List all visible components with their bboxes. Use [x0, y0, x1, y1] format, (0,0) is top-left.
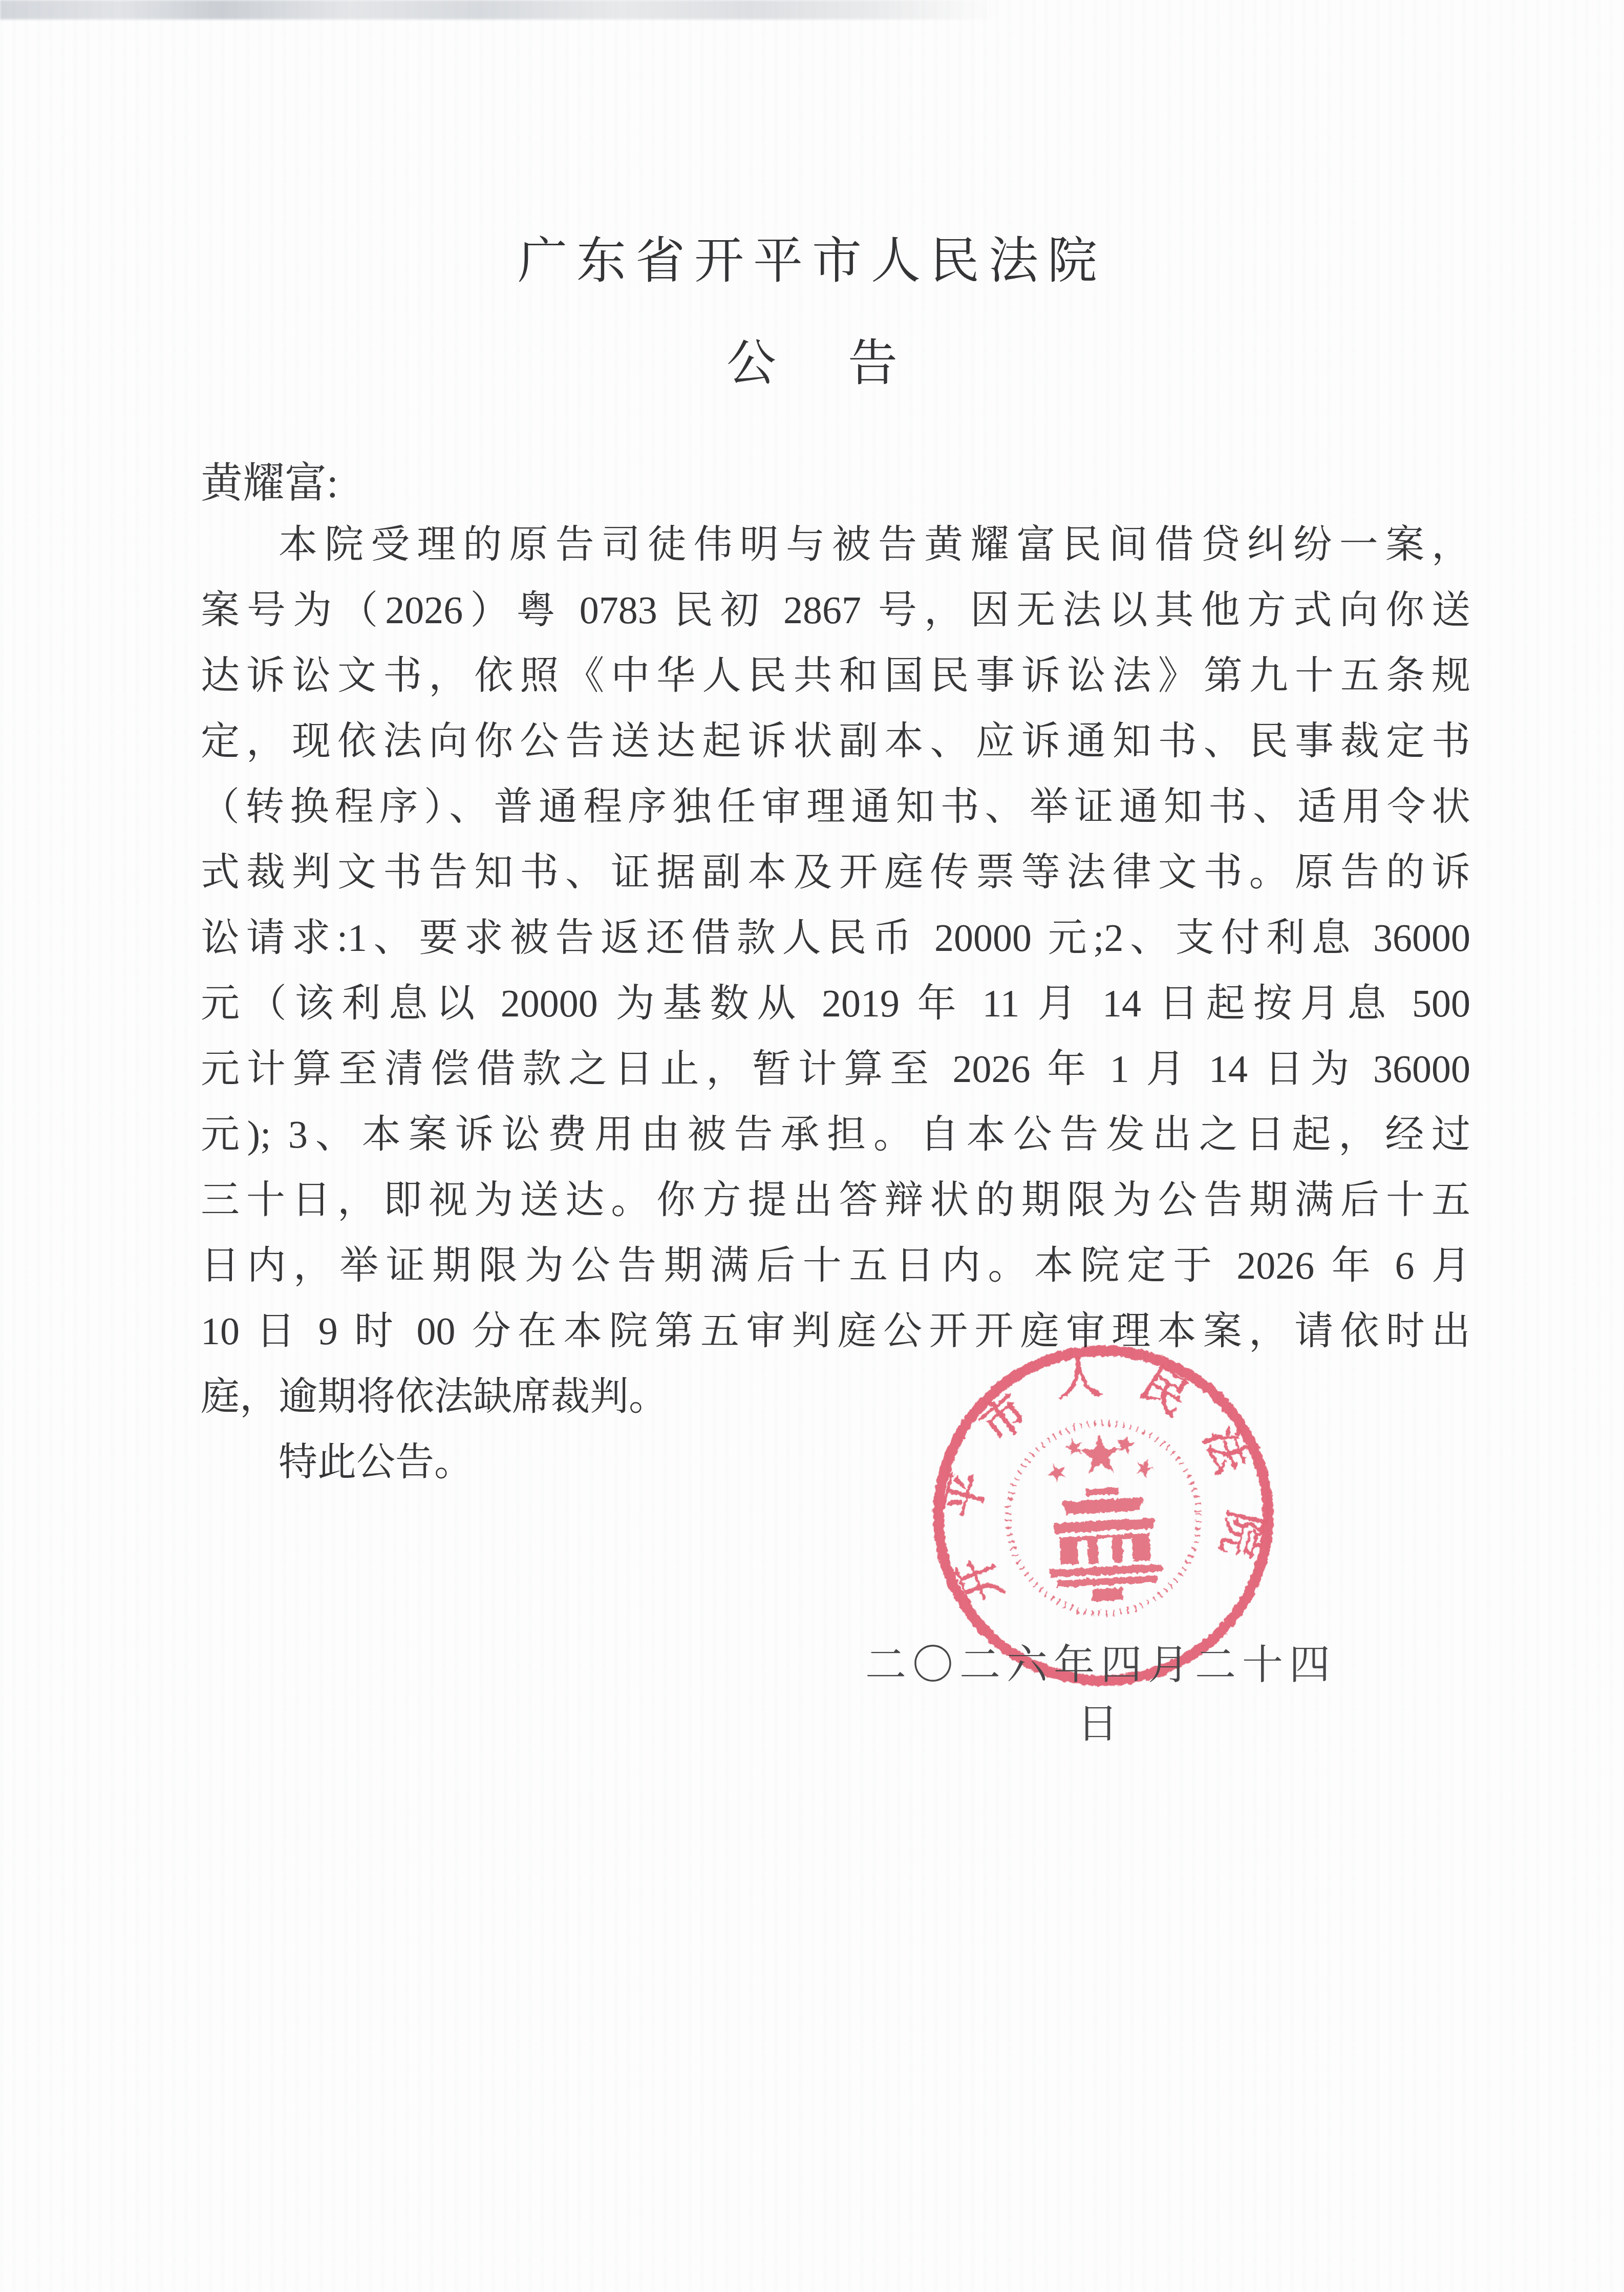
court-announcement-page: 广东省开平市人民法院 公 告 黄耀富: 本院受理的原告司徒伟明与被告黄耀富民间借… [0, 0, 1624, 2292]
small-star-icon [1133, 1456, 1157, 1479]
announcement-title: 公 告 [0, 323, 1624, 394]
small-star-icon [1115, 1434, 1136, 1454]
body-line: 达诉讼文书，依照《中华人民共和国民事诉讼法》第九十五条规 [201, 643, 1470, 709]
body-line: 定，现依法向你公告送达起诉状副本、应诉通知书、民事裁定书 [201, 709, 1470, 774]
scanner-artifact-band [0, 0, 998, 19]
tiananmen-gate-icon [1045, 1485, 1164, 1603]
body-line: 三十日，即视为送达。你方提出答辩状的期限为公告期满后十五 [201, 1168, 1470, 1233]
big-star-icon [1079, 1433, 1122, 1474]
small-star-icon [1045, 1460, 1070, 1484]
body-line: 日内，举证期限为公告期满后十五日内。本院定于 2026 年 6 月 [201, 1233, 1470, 1299]
body-line: 式裁判文书告知书、证据副本及开庭传票等法律文书。原告的诉 [201, 840, 1470, 905]
national-emblem-icon [1003, 1418, 1204, 1619]
body-line: 元（该利息以 20000 为基数从 2019 年 11 月 14 日起按月息 5… [201, 971, 1470, 1036]
issue-date: 二〇二六年四月二十四日 [842, 1631, 1359, 1749]
body-line: 案号为（2026）粤 0783 民初 2867 号，因无法以其他方式向你送 [201, 578, 1470, 643]
court-name-title: 广东省开平市人民法院 [0, 220, 1624, 292]
body-line: 讼请求:1、要求被告返还借款人民币 20000 元;2、支付利息 36000 [201, 905, 1470, 971]
body-line: 本院受理的原告司徒伟明与被告黄耀富民间借贷纠纷一案， [201, 512, 1470, 578]
body-line: 元计算至清偿借款之日止，暂计算至 2026 年 1 月 14 日为 36000 [201, 1036, 1470, 1102]
body-line: （转换程序）、普通程序独任审理通知书、举证通知书、适用令状 [201, 774, 1470, 840]
addressee-name: 黄耀富: [201, 450, 338, 510]
body-line: 元); 3、本案诉讼费用由被告承担。自本公告发出之日起，经过 [201, 1102, 1470, 1168]
small-star-icon [1063, 1436, 1085, 1458]
